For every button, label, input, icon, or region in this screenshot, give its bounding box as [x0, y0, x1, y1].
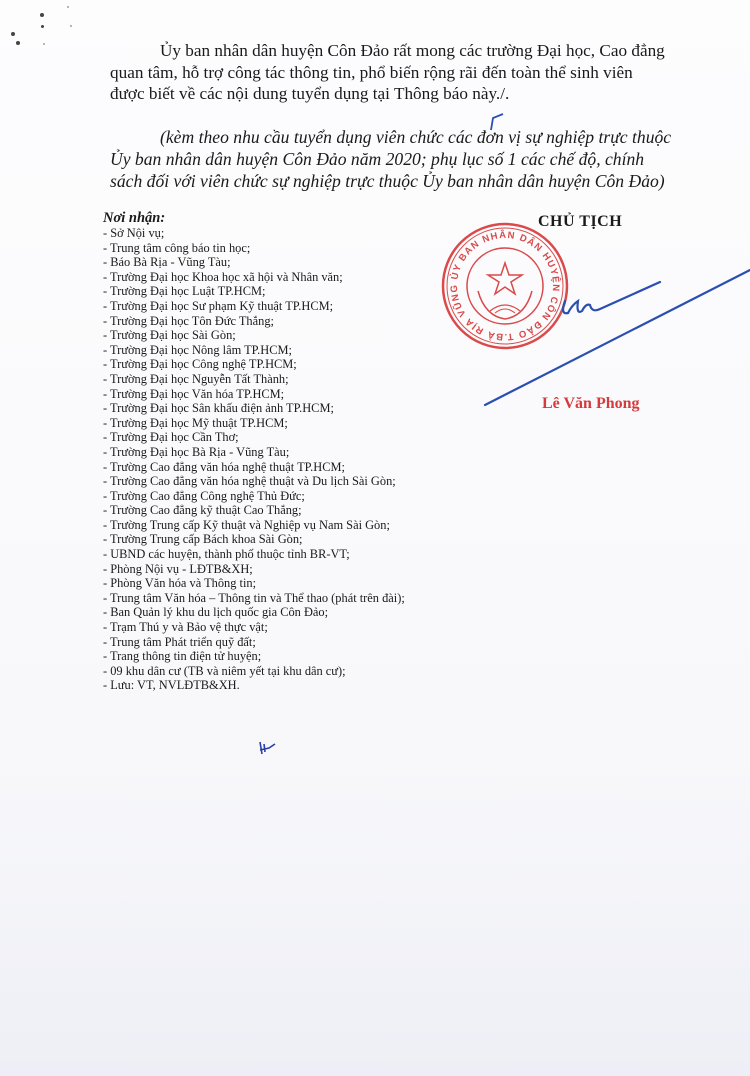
- attachment-line-1: (kèm theo nhu cầu tuyển dụng viên chức c…: [110, 126, 740, 148]
- recipient-item: - Trường Đại học Văn hóa TP.HCM;: [103, 387, 483, 402]
- recipient-item: - Trường Cao đẳng Công nghệ Thủ Đức;: [103, 489, 483, 504]
- recipient-item: - Trường Đại học Luật TP.HCM;: [103, 284, 483, 299]
- recipient-item: - Trung tâm Phát triển quỹ đất;: [103, 635, 483, 650]
- scan-noise: [0, 0, 120, 60]
- signer-name: Lê Văn Phong: [542, 395, 640, 413]
- handwritten-signature-icon: [430, 205, 750, 415]
- recipient-item: - Trường Trung cấp Bách khoa Sài Gòn;: [103, 532, 483, 547]
- recipient-item: - Sở Nội vụ;: [103, 226, 483, 241]
- recipients-block: Nơi nhận: - Sở Nội vụ;- Trung tâm công b…: [103, 210, 483, 693]
- recipient-item: - Trường Cao đẳng văn hóa nghệ thuật và …: [103, 474, 483, 489]
- recipient-item: - Trường Đại học Bà Rịa - Vũng Tàu;: [103, 445, 483, 460]
- recipient-item: - Trường Đại học Cần Thơ;: [103, 430, 483, 445]
- recipient-item: - Trường Đại học Sư phạm Kỹ thuật TP.HCM…: [103, 299, 483, 314]
- recipient-item: - Trường Đại học Nông lâm TP.HCM;: [103, 343, 483, 358]
- signature-block: CHỦ TỊCH ỦY BAN NHÂN DÂN HUYỆN CÔN ĐẢO T…: [430, 205, 750, 425]
- recipient-item: - Trường Đại học Khoa học xã hội và Nhân…: [103, 270, 483, 285]
- recipient-item: - Trạm Thú y và Bảo vệ thực vật;: [103, 620, 483, 635]
- recipient-item: - Trung tâm công báo tin học;: [103, 241, 483, 256]
- recipient-item: - Báo Bà Rịa - Vũng Tàu;: [103, 255, 483, 270]
- attachment-note: (kèm theo nhu cầu tuyển dụng viên chức c…: [110, 126, 740, 192]
- recipient-item: - Trường Đại học Sài Gòn;: [103, 328, 483, 343]
- recipient-item: - Trường Cao đẳng văn hóa nghệ thuật TP.…: [103, 460, 483, 475]
- recipient-item: - Lưu: VT, NVLĐTB&XH.: [103, 678, 483, 693]
- recipient-item: - Trung tâm Văn hóa – Thông tin và Thể t…: [103, 591, 483, 606]
- closing-line-1: Ủy ban nhân dân huyện Côn Đảo rất mong c…: [110, 40, 740, 62]
- recipient-item: - Trường Đại học Nguyễn Tất Thành;: [103, 372, 483, 387]
- initial-mark-icon: [257, 740, 279, 758]
- closing-line-3: được biết về các nội dung tuyển dụng tại…: [110, 83, 740, 105]
- recipient-item: - Phòng Văn hóa và Thông tin;: [103, 576, 483, 591]
- closing-paragraph: Ủy ban nhân dân huyện Côn Đảo rất mong c…: [110, 40, 740, 105]
- recipient-item: - UBND các huyện, thành phố thuộc tỉnh B…: [103, 547, 483, 562]
- closing-line-2: quan tâm, hỗ trợ công tác thông tin, phổ…: [110, 62, 740, 84]
- recipients-title: Nơi nhận:: [103, 210, 483, 226]
- recipient-item: - Trường Đại học Công nghệ TP.HCM;: [103, 357, 483, 372]
- recipient-item: - 09 khu dân cư (TB và niêm yết tại khu …: [103, 664, 483, 679]
- recipient-item: - Trường Đại học Tôn Đức Thắng;: [103, 314, 483, 329]
- recipient-item: - Trường Trung cấp Kỹ thuật và Nghiệp vụ…: [103, 518, 483, 533]
- recipient-item: - Ban Quản lý khu du lịch quốc gia Côn Đ…: [103, 605, 483, 620]
- recipient-item: - Trường Cao đẳng kỹ thuật Cao Thắng;: [103, 503, 483, 518]
- recipient-item: - Trường Đại học Mỹ thuật TP.HCM;: [103, 416, 483, 431]
- attachment-line-2: Ủy ban nhân dân huyện Côn Đảo năm 2020; …: [110, 148, 740, 170]
- recipient-item: - Phòng Nội vụ - LĐTB&XH;: [103, 562, 483, 577]
- recipients-list: - Sở Nội vụ;- Trung tâm công báo tin học…: [103, 226, 483, 693]
- recipient-item: - Trường Đại học Sân khấu điện ảnh TP.HC…: [103, 401, 483, 416]
- recipient-item: - Trang thông tin điện tử huyện;: [103, 649, 483, 664]
- attachment-line-3: sách đối với viên chức sự nghiệp trực th…: [110, 170, 740, 192]
